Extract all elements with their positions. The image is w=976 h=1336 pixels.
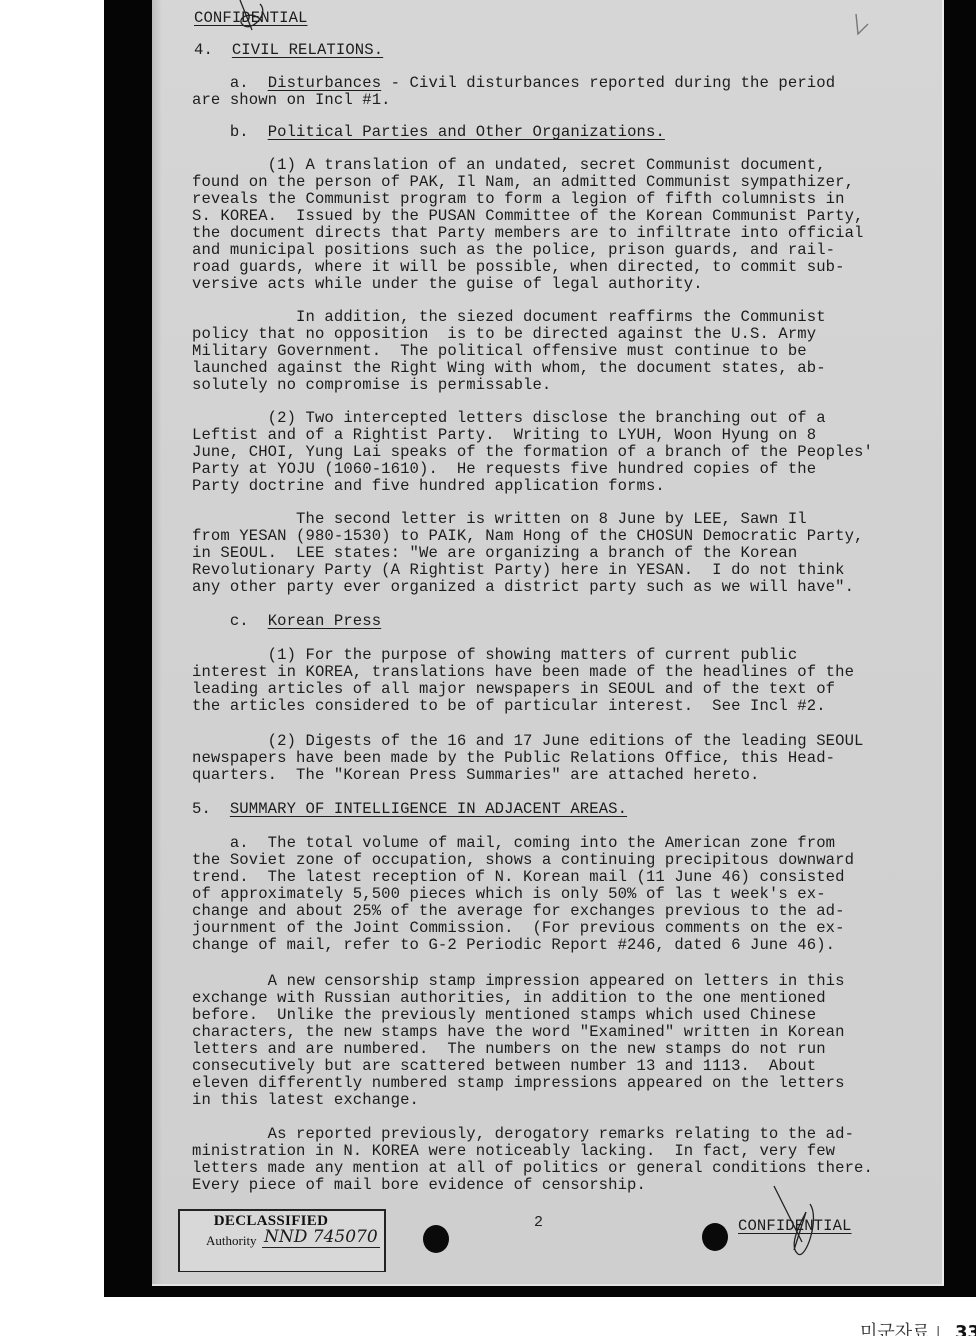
para-label: a. bbox=[230, 74, 249, 92]
para-b1-continued: In addition, the siezed document reaffir… bbox=[192, 309, 826, 394]
text-line: and municipal positions such as the poli… bbox=[192, 242, 864, 259]
text-line: In addition, the siezed document reaffir… bbox=[192, 309, 826, 326]
text-line: leading articles of all major newspapers… bbox=[192, 681, 854, 698]
scanned-page-background: CONFIDENTIAL 4. CIVIL RELATIONS. a. Dist… bbox=[104, 0, 976, 1297]
text-line: Leftist and of a Rightist Party. Writing… bbox=[192, 427, 873, 444]
text-line: road guards, where it will be possible, … bbox=[192, 259, 864, 276]
text-line: (2) Digests of the 16 and 17 June editio… bbox=[192, 733, 864, 750]
text-line: found on the person of PAK, Il Nam, an a… bbox=[192, 174, 864, 191]
text-line: versive acts while under the guise of le… bbox=[192, 276, 864, 293]
text-line: of approximately 5,500 pieces which is o… bbox=[192, 886, 854, 903]
text-line: (1) For the purpose of showing matters o… bbox=[192, 647, 854, 664]
text-line: newspapers have been made by the Public … bbox=[192, 750, 864, 767]
text-line: consecutively but are scattered between … bbox=[192, 1058, 845, 1075]
section-title: SUMMARY OF INTELLIGENCE IN ADJACENT AREA… bbox=[230, 800, 627, 818]
para-b-heading: b. Political Parties and Other Organizat… bbox=[192, 124, 665, 141]
para-heading: Korean Press bbox=[268, 612, 382, 630]
text-line: change and about 25% of the average for … bbox=[192, 903, 854, 920]
para-a-line-1: a. Disturbances - Civil disturbances rep… bbox=[192, 75, 835, 92]
page-edge-shadow bbox=[152, 0, 162, 1284]
text-line: letters made any mention at all of polit… bbox=[192, 1160, 873, 1177]
para-label: b. bbox=[230, 123, 249, 141]
section-title: CIVIL RELATIONS. bbox=[232, 41, 383, 59]
check-mark-icon bbox=[852, 12, 872, 38]
para-c2: (2) Digests of the 16 and 17 June editio… bbox=[192, 733, 864, 784]
declassified-stamp: DECLASSIFIED Authority NND 745070 bbox=[178, 1209, 386, 1272]
para-c-heading: c. Korean Press bbox=[192, 613, 381, 630]
text-line: in SEOUL. LEE states: "We are organizing… bbox=[192, 545, 864, 562]
publication-footer: 미군자료|33 bbox=[860, 1318, 976, 1336]
para-b1: (1) A translation of an undated, secret … bbox=[192, 157, 864, 293]
text-line: exchange with Russian authorities, in ad… bbox=[192, 990, 845, 1007]
page-number: 2 bbox=[534, 1214, 543, 1231]
text-line: any other party ever organized a distric… bbox=[192, 579, 864, 596]
text-line: Party at YOJU (1060-1610). He requests f… bbox=[192, 461, 873, 478]
text-line: solutely no compromise is permissable. bbox=[192, 377, 826, 394]
text-line: policy that no opposition is to be direc… bbox=[192, 326, 826, 343]
para-5a: a. The total volume of mail, coming into… bbox=[192, 835, 854, 954]
footer-separator: | bbox=[936, 1323, 941, 1336]
footer-page-number: 33 bbox=[955, 1322, 976, 1336]
text-line: The second letter is written on 8 June b… bbox=[192, 511, 864, 528]
para-text: - Civil disturbances reported during the… bbox=[381, 74, 835, 92]
text-line: before. Unlike the previously mentioned … bbox=[192, 1007, 845, 1024]
para-c1: (1) For the purpose of showing matters o… bbox=[192, 647, 854, 715]
text-line: (1) A translation of an undated, secret … bbox=[192, 157, 864, 174]
text-line: launched against the Right Wing with who… bbox=[192, 360, 826, 377]
text-line: journment of the Joint Commission. (For … bbox=[192, 920, 854, 937]
authority-value: NND 745070 bbox=[262, 1227, 380, 1248]
text-line: (2) Two intercepted letters disclose the… bbox=[192, 410, 873, 427]
text-line: letters and are numbered. The numbers on… bbox=[192, 1041, 845, 1058]
text-line: Revolutionary Party (A Rightist Party) h… bbox=[192, 562, 864, 579]
section-number: 4. bbox=[194, 41, 213, 59]
section-number: 5. bbox=[192, 800, 211, 818]
text-line: the document directs that Party members … bbox=[192, 225, 864, 242]
authority-label: Authority bbox=[206, 1233, 257, 1249]
text-line: As reported previously, derogatory remar… bbox=[192, 1126, 873, 1143]
para-b2-continued: The second letter is written on 8 June b… bbox=[192, 511, 864, 596]
para-5a-continued-1: A new censorship stamp impression appear… bbox=[192, 973, 845, 1109]
punch-hole-icon bbox=[423, 1225, 449, 1253]
text-line: from YESAN (980-1530) to PAIK, Nam Hong … bbox=[192, 528, 864, 545]
text-line: Every piece of mail bore evidence of cen… bbox=[192, 1177, 873, 1194]
text-line: A new censorship stamp impression appear… bbox=[192, 973, 845, 990]
text-line: characters, the new stamps have the word… bbox=[192, 1024, 845, 1041]
text-line: Party doctrine and five hundred applicat… bbox=[192, 478, 873, 495]
para-a-line-2: are shown on Incl #1. bbox=[192, 92, 391, 109]
text-line: S. KOREA. Issued by the PUSAN Committee … bbox=[192, 208, 864, 225]
document-page: CONFIDENTIAL 4. CIVIL RELATIONS. a. Dist… bbox=[152, 0, 944, 1286]
footer-label: 미군자료 bbox=[860, 1322, 930, 1336]
text-line: in this latest exchange. bbox=[192, 1092, 845, 1109]
text-line: eleven differently numbered stamp impres… bbox=[192, 1075, 845, 1092]
text-line: Military Government. The political offen… bbox=[192, 343, 826, 360]
text-line: interest in KOREA, translations have bee… bbox=[192, 664, 854, 681]
text-line: the Soviet zone of occupation, shows a c… bbox=[192, 852, 854, 869]
para-5a-continued-2: As reported previously, derogatory remar… bbox=[192, 1126, 873, 1194]
text-line: June, CHOI, Yung Lai speaks of the forma… bbox=[192, 444, 873, 461]
initial-scribble-icon bbox=[772, 1184, 822, 1264]
text-line: change of mail, refer to G-2 Periodic Re… bbox=[192, 937, 854, 954]
para-b2: (2) Two intercepted letters disclose the… bbox=[192, 410, 873, 495]
text-line: the articles considered to be of particu… bbox=[192, 698, 854, 715]
para-heading: Disturbances bbox=[268, 74, 382, 92]
section-4-heading: 4. CIVIL RELATIONS. bbox=[194, 42, 383, 59]
text-line: reveals the Communist program to form a … bbox=[192, 191, 864, 208]
text-line: quarters. The "Korean Press Summaries" a… bbox=[192, 767, 864, 784]
text-line: a. The total volume of mail, coming into… bbox=[192, 835, 854, 852]
text-line: ministration in N. KOREA were noticeably… bbox=[192, 1143, 873, 1160]
section-5-heading: 5. SUMMARY OF INTELLIGENCE IN ADJACENT A… bbox=[192, 801, 627, 818]
text-line: trend. The latest reception of N. Korean… bbox=[192, 869, 854, 886]
para-label: c. bbox=[230, 612, 249, 630]
initial-scribble-icon bbox=[230, 0, 270, 40]
para-heading: Political Parties and Other Organization… bbox=[268, 123, 665, 141]
punch-hole-icon bbox=[702, 1223, 728, 1251]
